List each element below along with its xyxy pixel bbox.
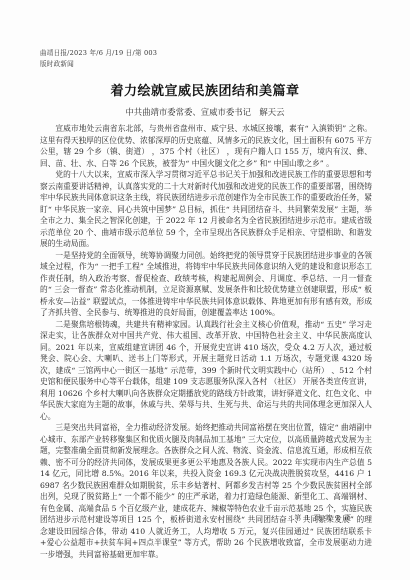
article-paragraph-2: 党的十八大以来，宣威市深入学习贯彻习近平总书记关于加强和改进民族工作的重要思想和… [40, 169, 372, 250]
source-header-line-1: 曲靖日报/2023 年/6 月/19 日/第 003 [40, 48, 372, 59]
source-header-line-2: 版时政新闻 [40, 59, 372, 70]
document-page: 曲靖日报/2023 年/6 月/19 日/第 003 版时政新闻 着力绘就宣威民… [0, 0, 410, 580]
source-header: 曲靖日报/2023 年/6 月/19 日/第 003 版时政新闻 [40, 48, 372, 69]
article-paragraph-5: 三是突出共同富裕，全力推动经济发展。始终把推动共同富裕摆在突出位置，锚定“ 曲靖… [40, 422, 372, 560]
article-byline: 中共曲靖市委常委、宣威市委书记 解天云 [0, 106, 410, 118]
article-paragraph-1: 宣威市地处云南省东北部，与贵州省盘州市、威宁县、水城区接壤，素有“ 入滇锁钥” … [40, 123, 372, 169]
article-paragraph-3: 一是坚持党的全面领导，统筹协调聚力同创。始终把党的领导贯穿于民族团结进步事业的各… [40, 250, 372, 319]
article-body: 宣威市地处云南省东北部，与贵州省盘州市、威宁县、水城区接壤，素有“ 入滇锁钥” … [40, 123, 372, 560]
article-paragraph-4: 二是聚焦培根铸魂，共建共有精神家园。认真践行社会主义核心价值观，推动“ 五史” … [40, 319, 372, 423]
article-title: 着力绘就宣威民族团结和美篇章 [0, 80, 410, 99]
page-number-indicator: 第 1 页 共 2 页 [294, 512, 352, 522]
